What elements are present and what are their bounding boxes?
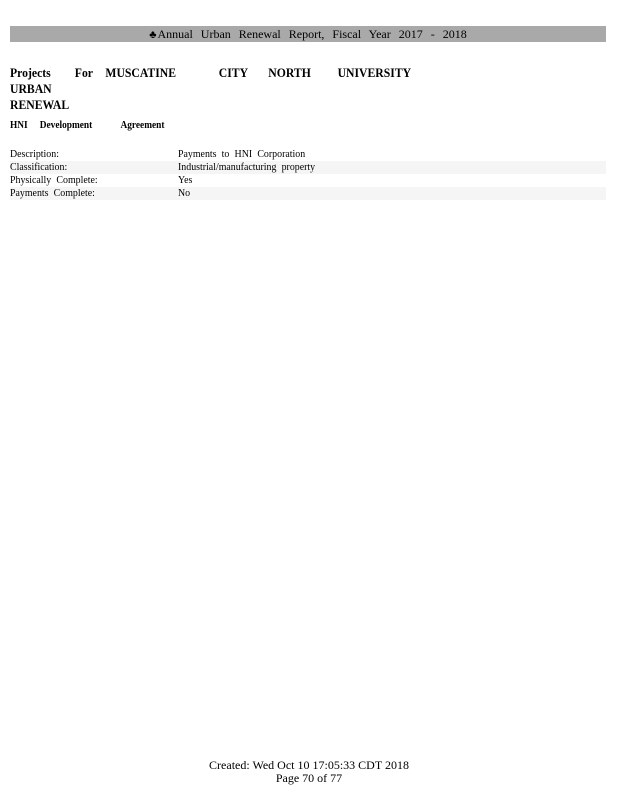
detail-value: Industrial/manufacturing property: [178, 161, 315, 174]
heading-word: Projects: [10, 65, 75, 81]
report-title: Annual Urban Renewal Report, Fiscal Year…: [157, 27, 466, 41]
heading-word: UNIVERSITY: [338, 65, 450, 81]
detail-label: Physically Complete:: [10, 174, 98, 187]
detail-label: Description:: [10, 148, 59, 161]
heading-second-line: RENEWAL: [10, 97, 69, 112]
detail-row-payments-complete: Payments Complete: No: [10, 187, 606, 200]
project-name-word: Development: [40, 119, 121, 131]
detail-value: No: [178, 187, 190, 200]
report-header-bar: ♣Annual Urban Renewal Report, Fiscal Yea…: [10, 26, 606, 42]
project-name-word: Agreement: [121, 119, 165, 131]
project-name-word: HNI: [10, 119, 40, 131]
detail-row-classification: Classification: Industrial/manufacturing…: [10, 161, 606, 174]
detail-value: Yes: [178, 174, 192, 187]
page-number: Page 70 of 77: [0, 772, 618, 785]
page-footer: Created: Wed Oct 10 17:05:33 CDT 2018 Pa…: [0, 759, 618, 785]
projects-heading: ProjectsForMUSCATINECITYNORTHUNIVERSITYU…: [10, 65, 478, 113]
detail-label: Classification:: [10, 161, 67, 174]
heading-word: For: [75, 65, 106, 81]
heading-word: MUSCATINE: [105, 65, 218, 81]
heading-word: NORTH: [268, 65, 337, 81]
detail-value: Payments to HNI Corporation: [178, 148, 305, 161]
heading-word: URBAN: [10, 81, 52, 97]
detail-row-physically-complete: Physically Complete: Yes: [10, 174, 606, 187]
heading-word: CITY: [219, 65, 269, 81]
detail-label: Payments Complete:: [10, 187, 95, 200]
project-details-table: Description: Payments to HNI Corporation…: [10, 148, 606, 200]
club-icon: ♣: [149, 29, 156, 41]
detail-row-description: Description: Payments to HNI Corporation: [10, 148, 606, 161]
project-name: HNIDevelopmentAgreement: [10, 119, 164, 131]
